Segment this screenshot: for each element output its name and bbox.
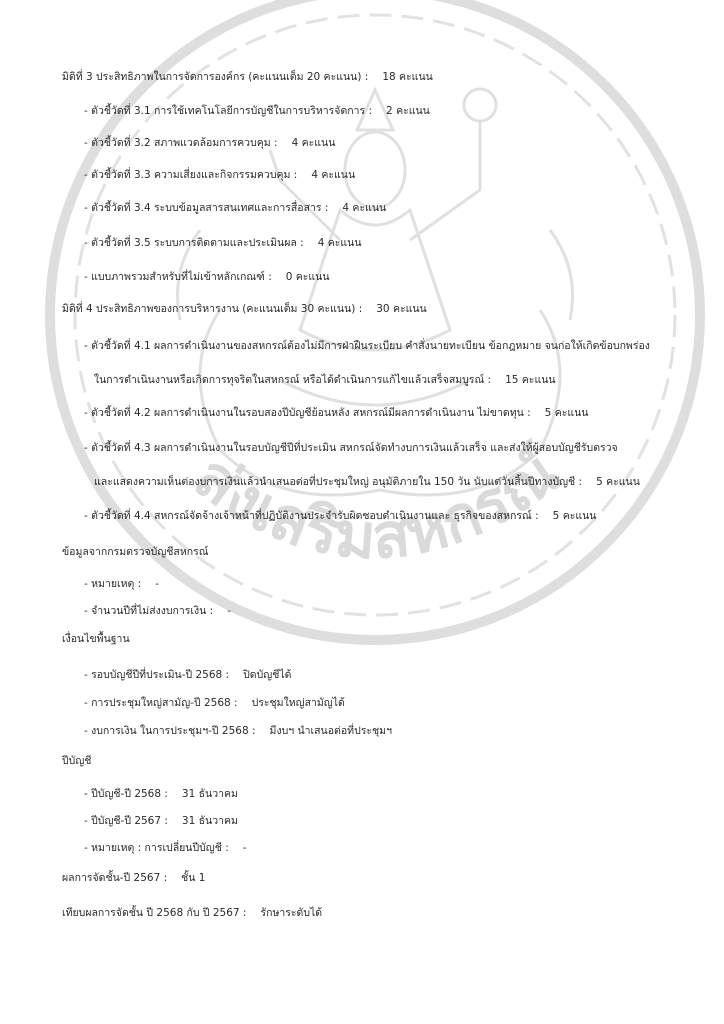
condition-financials: - งบการเงิน ในการประชุมฯ-ปี 2568 :มีงบฯ … [84, 724, 392, 738]
fiscal-year-2568: - ปีบัญชี-ปี 2568 :31 ธันวาคม [84, 787, 238, 801]
condition-meeting: - การประชุมใหญ่สามัญ-ปี 2568 :ประชุมใหญ่… [84, 696, 345, 710]
dimension-3-score: 18 คะแนน [382, 71, 433, 83]
audit-note: - หมายเหตุ :- [84, 577, 159, 591]
condition-closing: - รอบบัญชีปีที่ประเมิน-ปี 2568 :ปิดบัญชี… [84, 668, 291, 682]
indicator-3-1: - ตัวชี้วัดที่ 3.1 การใช้เทคโนโลยีการบัญ… [84, 104, 430, 118]
dimension-3-heading: มิติที่ 3 ประสิทธิภาพในการจัดการองค์กร (… [62, 70, 433, 84]
indicator-4-1: - ตัวชี้วัดที่ 4.1 ผลการดำเนินงานของสหกร… [84, 339, 650, 353]
indicator-4-4: - ตัวชี้วัดที่ 4.4 สหกรณ์จัดจ้างเจ้าหน้า… [84, 509, 596, 523]
fiscal-year-2567: - ปีบัญชี-ปี 2567 :31 ธันวาคม [84, 814, 238, 828]
dimension-4-heading: มิติที่ 4 ประสิทธิภาพของการบริหารงาน (คะ… [62, 302, 427, 316]
indicator-3-4: - ตัวชี้วัดที่ 3.4 ระบบข้อมูลสารสนเทศและ… [84, 201, 386, 215]
ranking-2567: ผลการจัดชั้น-ปี 2567 :ชั้น 1 [62, 871, 205, 885]
indicator-4-1-cont: ในการดำเนินงานหรือเกิดการทุจริตในสหกรณ์ … [94, 373, 556, 387]
indicator-3-3: - ตัวชี้วัดที่ 3.3 ความเสี่ยงและกิจกรรมค… [84, 168, 355, 182]
document-page: มิติที่ 3 ประสิทธิภาพในการจัดการองค์กร (… [0, 0, 724, 1024]
indicator-3-5: - ตัวชี้วัดที่ 3.5 ระบบการติดตามและประเม… [84, 236, 362, 250]
ranking-comparison: เทียบผลการจัดชั้น ปี 2568 กับ ปี 2567 :ร… [62, 906, 322, 920]
indicator-4-3: - ตัวชี้วัดที่ 4.3 ผลการดำเนินงานในรอบบั… [84, 441, 618, 455]
indicator-4-3-cont: และแสดงความเห็นต่องบการเงินแล้วนำเสนอต่อ… [94, 475, 640, 489]
audit-years-missing: - จำนวนปีที่ไม่ส่งงบการเงิน :- [84, 604, 231, 618]
indicator-3-overall: - แบบภาพรวมสำหรับที่ไม่เข้าหลักเกณฑ์ :0 … [84, 270, 330, 284]
audit-heading: ข้อมูลจากกรมตรวจบัญชีสหกรณ์ [62, 545, 208, 559]
dimension-4-score: 30 คะแนน [376, 303, 427, 315]
indicator-4-2: - ตัวชี้วัดที่ 4.2 ผลการดำเนินงานในรอบสอ… [84, 406, 588, 420]
indicator-3-2: - ตัวชี้วัดที่ 3.2 สภาพแวดล้อมการควบคุม … [84, 136, 335, 150]
fiscal-year-change-note: - หมายเหตุ : การเปลี่ยนปีบัญชี :- [84, 841, 247, 855]
fiscal-year-heading: ปีบัญชี [62, 754, 91, 768]
conditions-heading: เงื่อนไขพื้นฐาน [62, 632, 130, 646]
